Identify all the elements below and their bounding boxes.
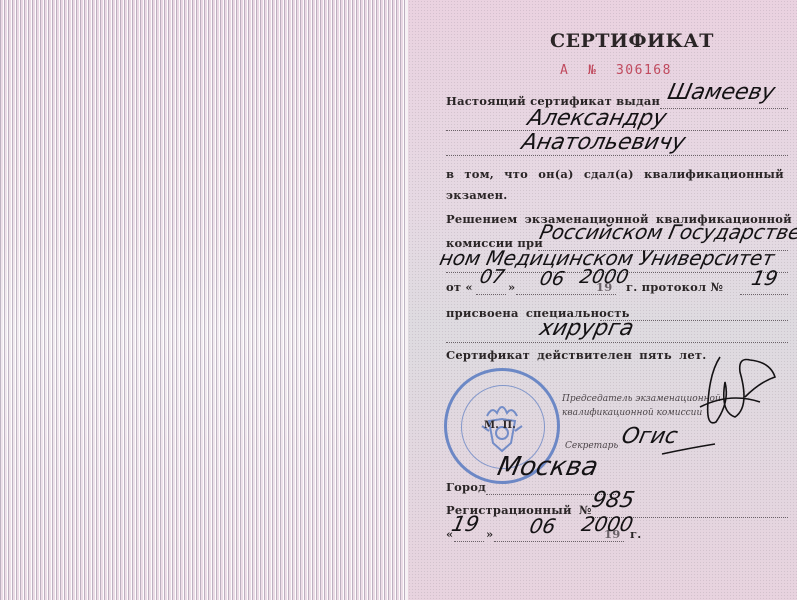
commission-handwritten-1: Российском Государствен bbox=[537, 220, 797, 244]
dotted-line bbox=[446, 342, 788, 343]
patronymic-handwritten: Анатольевичу bbox=[519, 130, 687, 155]
quote-close: » bbox=[508, 280, 515, 294]
reg-day: 19 bbox=[449, 512, 481, 536]
secretary-label: Секретарь bbox=[565, 441, 618, 451]
left-page-blank bbox=[0, 0, 405, 600]
specialty-handwritten: хирурга bbox=[537, 316, 636, 341]
protocol-number: 19 bbox=[749, 266, 780, 290]
exam-month: 06 bbox=[538, 268, 567, 290]
city-handwritten: Москва bbox=[495, 452, 601, 482]
validity-text: Сертификат действителен пять лет. bbox=[446, 348, 706, 362]
dotted-line bbox=[516, 294, 616, 295]
reg-year: 2000 bbox=[579, 512, 635, 536]
surname-handwritten: Шамееву bbox=[665, 80, 777, 105]
exam-day: 07 bbox=[478, 266, 507, 288]
exam-text-line1: в том, что он(а) сдал(а) квалификационны… bbox=[446, 167, 784, 181]
registration-number: 985 bbox=[589, 488, 636, 513]
reg-year-suffix: г. bbox=[630, 527, 641, 541]
dotted-line bbox=[740, 294, 788, 295]
reg-month: 06 bbox=[527, 514, 558, 538]
protocol-label: г. протокол № bbox=[626, 280, 723, 294]
city-label: Город bbox=[446, 480, 486, 494]
seal-label: М. П. bbox=[484, 420, 516, 431]
first-name-handwritten: Александру bbox=[525, 106, 668, 131]
certificate-number: 306168 bbox=[616, 63, 672, 78]
number-sign: № bbox=[588, 63, 597, 78]
series-letter: А bbox=[560, 63, 569, 78]
date-from-label: от « bbox=[446, 280, 473, 294]
dotted-line bbox=[446, 155, 788, 156]
quote-close: » bbox=[486, 527, 493, 541]
dotted-line bbox=[454, 541, 484, 542]
dotted-line bbox=[660, 108, 788, 109]
dotted-line bbox=[494, 541, 624, 542]
dotted-line bbox=[476, 294, 506, 295]
chairman-signature-icon bbox=[690, 352, 790, 442]
exam-text-line2: экзамен. bbox=[446, 188, 507, 202]
certificate-serial: А № 306168 bbox=[560, 63, 672, 78]
chairman-label-line2: квалификационной комиссии bbox=[562, 408, 702, 418]
certificate-title: СЕРТИФИКАТ bbox=[550, 30, 714, 52]
exam-year: 2000 bbox=[578, 266, 631, 288]
signature-stroke-icon bbox=[660, 440, 720, 460]
